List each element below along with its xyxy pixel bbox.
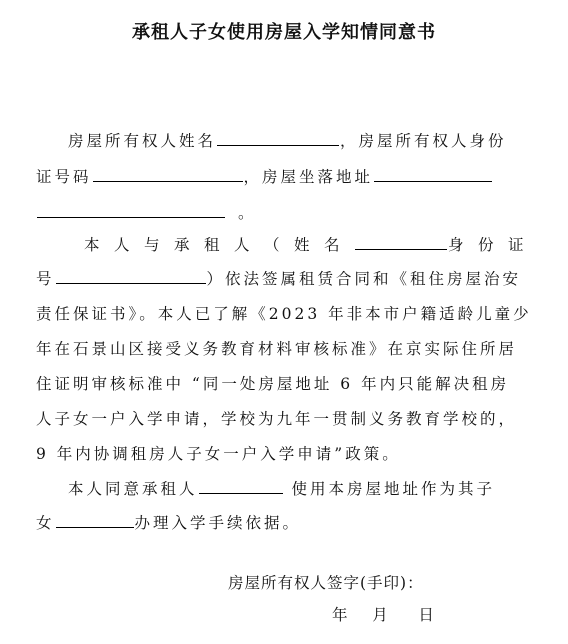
para2-line6: 人子女一户入学申请，学校为九年一贯制义务教育学校的， xyxy=(36,408,517,430)
para2-line7: 9 年内协调租房人子女一户入学申请”政策。 xyxy=(36,443,401,465)
para1-line1: 房屋所有权人姓名，房屋所有权人身份 xyxy=(68,130,507,152)
signature-label: 房屋所有权人签字(手印)： xyxy=(228,572,424,594)
owner-id-label-cont: 证号码 xyxy=(36,168,92,186)
tenant-id-field[interactable] xyxy=(56,269,206,284)
signature-date: 年 月 日 xyxy=(332,604,435,626)
address-field-cont[interactable] xyxy=(37,203,225,218)
para2-line4: 年在石景山区接受义务教育材料审核标准》在京实际住所居 xyxy=(36,338,517,360)
consent-label: 本人同意承租人 xyxy=(68,480,198,498)
contract-text: ）依法签属租赁合同和《租住房屋治安 xyxy=(207,270,522,288)
consent-text: 使用本房屋地址作为其子 xyxy=(284,480,495,498)
tenant-name-label: 本人与承租人（姓名 xyxy=(84,236,354,254)
owner-name-field[interactable] xyxy=(217,131,339,146)
para2-line5: 住证明审核标准中 “同一处房屋地址 6 年内只能解决租房 xyxy=(36,373,509,395)
owner-id-label: ，房屋所有权人身份 xyxy=(340,132,507,150)
document-title: 承租人子女使用房屋入学知情同意书 xyxy=(0,18,568,44)
para2-line2: 号）依法签属租赁合同和《租住房屋治安 xyxy=(36,268,521,290)
owner-name-label: 房屋所有权人姓名 xyxy=(68,132,216,150)
para3-line1: 本人同意承租人 使用本房屋地址作为其子 xyxy=(68,478,495,500)
tenant-id-label: 身份证 xyxy=(448,236,538,254)
para2-line1: 本人与承租人（姓名身份证 xyxy=(84,234,538,256)
consent-tenant-field[interactable] xyxy=(199,479,283,494)
para1-line2: 证号码，房屋坐落地址 xyxy=(36,166,493,188)
child-name-field[interactable] xyxy=(56,513,134,528)
para3-line2: 女办理入学手续依据。 xyxy=(36,512,301,534)
address-label: ，房屋坐落地址 xyxy=(244,168,374,186)
child-label: 女 xyxy=(36,514,55,532)
tenant-id-label-cont: 号 xyxy=(36,270,55,288)
para2-line3: 责任保证书》。本人已了解《2023 年非本市户籍适龄儿童少 xyxy=(36,303,532,325)
period: 。 xyxy=(238,204,257,222)
address-field[interactable] xyxy=(374,167,492,182)
enroll-text: 办理入学手续依据。 xyxy=(135,514,302,532)
owner-id-field[interactable] xyxy=(93,167,243,182)
tenant-name-field[interactable] xyxy=(355,235,447,250)
para1-line3: 。 xyxy=(36,202,257,224)
